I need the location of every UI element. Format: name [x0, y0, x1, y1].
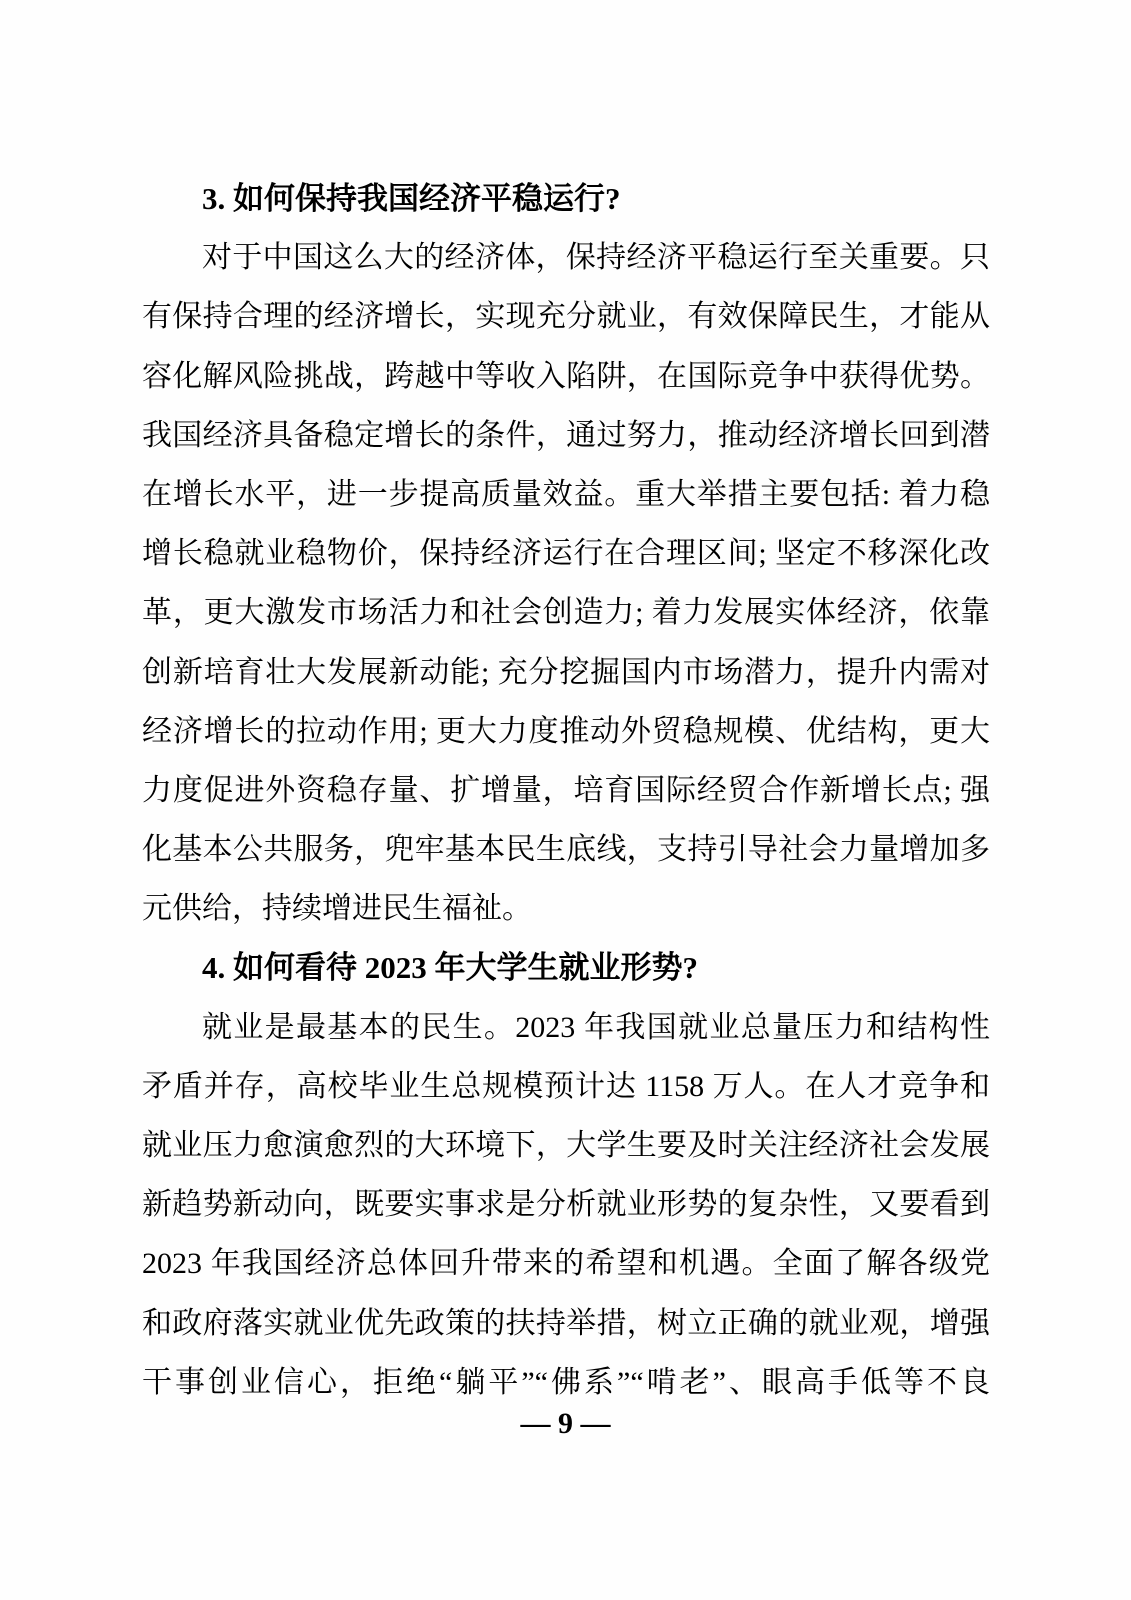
text-line: 矛盾并存，高校毕业生总规模预计达 1158 万人。在人才竞争和 — [142, 1057, 990, 1116]
text-line: 对于中国这么大的经济体，保持经济平稳运行至关重要。只 — [142, 228, 990, 287]
section-heading: 3. 如何保持我国经济平稳运行? — [142, 169, 990, 228]
text-line: 容化解风险挑战，跨越中等收入陷阱，在国际竞争中获得优势。 — [142, 347, 990, 406]
section-heading: 4. 如何看待 2023 年大学生就业形势? — [142, 938, 990, 997]
text-line: 新趋势新动向，既要实事求是分析就业形势的复杂性，又要看到 — [142, 1175, 990, 1234]
text-line: 我国经济具备稳定增长的条件，通过努力，推动经济增长回到潜 — [142, 406, 990, 465]
text-line: 力度促进外资稳存量、扩增量，培育国际经贸合作新增长点; 强 — [142, 761, 990, 820]
text-line: 和政府落实就业优先政策的扶持举措，树立正确的就业观，增强 — [142, 1294, 990, 1353]
text-line: 就业是最基本的民生。2023 年我国就业总量压力和结构性 — [142, 998, 990, 1057]
text-line: 化基本公共服务，兜牢基本民生底线，支持引导社会力量增加多 — [142, 820, 990, 879]
page-number: — 9 — — [0, 1398, 1131, 1450]
text-line: 增长稳就业稳物价，保持经济运行在合理区间; 坚定不移深化改 — [142, 524, 990, 583]
text-line: 就业压力愈演愈烈的大环境下，大学生要及时关注经济社会发展 — [142, 1116, 990, 1175]
document-body: 3. 如何保持我国经济平稳运行?对于中国这么大的经济体，保持经济平稳运行至关重要… — [142, 169, 990, 1412]
text-line: 2023 年我国经济总体回升带来的希望和机遇。全面了解各级党 — [142, 1234, 990, 1293]
text-line: 经济增长的拉动作用; 更大力度推动外贸稳规模、优结构，更大 — [142, 702, 990, 761]
document-page: 3. 如何保持我国经济平稳运行?对于中国这么大的经济体，保持经济平稳运行至关重要… — [0, 0, 1131, 1600]
text-line: 在增长水平，进一步提高质量效益。重大举措主要包括: 着力稳 — [142, 465, 990, 524]
text-line: 革，更大激发市场活力和社会创造力; 着力发展实体经济，依靠 — [142, 583, 990, 642]
text-line: 元供给，持续增进民生福祉。 — [142, 879, 990, 938]
text-line: 创新培育壮大发展新动能; 充分挖掘国内市场潜力，提升内需对 — [142, 643, 990, 702]
text-line: 有保持合理的经济增长，实现充分就业，有效保障民生，才能从 — [142, 287, 990, 346]
